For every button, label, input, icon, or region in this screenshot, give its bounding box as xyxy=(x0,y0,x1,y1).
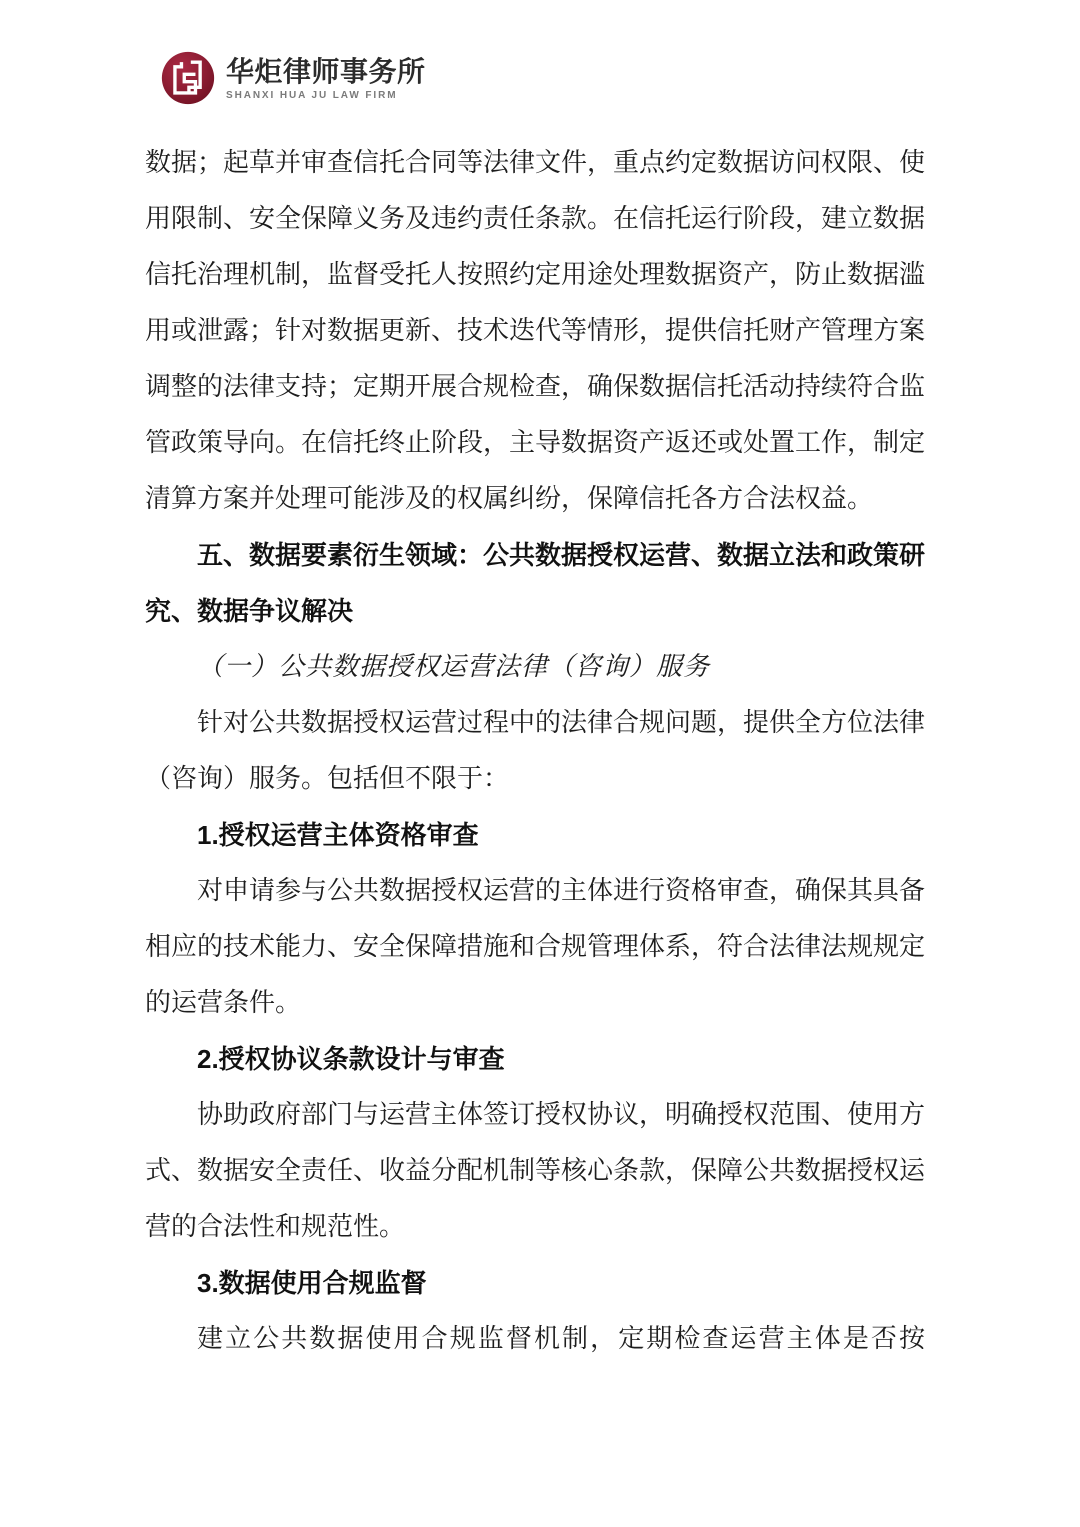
document-page: 华炬律师事务所 SHANXI HUA JU LAW FIRM 数据；起草并审查信… xyxy=(0,0,1080,1527)
body-paragraph: 协助政府部门与运营主体签订授权协议，明确授权范围、使用方式、数据安全责任、收益分… xyxy=(145,1087,925,1255)
item-heading-2: 2.授权协议条款设计与审查 xyxy=(145,1031,925,1087)
body-paragraph: 数据；起草并审查信托合同等法律文件，重点约定数据访问权限、使用限制、安全保障义务… xyxy=(145,135,925,527)
law-firm-logo: 华炬律师事务所 SHANXI HUA JU LAW FIRM xyxy=(160,50,426,106)
huaju-monogram-icon xyxy=(160,50,216,106)
item-heading-1: 1.授权运营主体资格审查 xyxy=(145,807,925,863)
section-heading: 五、数据要素衍生领域：公共数据授权运营、数据立法和政策研究、数据争议解决 xyxy=(145,527,925,639)
law-firm-name-cn: 华炬律师事务所 xyxy=(226,56,426,88)
item-heading-3: 3.数据使用合规监督 xyxy=(145,1255,925,1311)
body-paragraph: 针对公共数据授权运营过程中的法律合规问题，提供全方位法律（咨询）服务。包括但不限… xyxy=(145,695,925,807)
law-firm-names: 华炬律师事务所 SHANXI HUA JU LAW FIRM xyxy=(226,50,426,102)
law-firm-name-en: SHANXI HUA JU LAW FIRM xyxy=(226,90,426,102)
body-paragraph: 对申请参与公共数据授权运营的主体进行资格审查，确保其具备相应的技术能力、安全保障… xyxy=(145,863,925,1031)
body-paragraph-cutoff: 建立公共数据使用合规监督机制，定期检查运营主体是否按 xyxy=(145,1311,925,1367)
document-content: 数据；起草并审查信托合同等法律文件，重点约定数据访问权限、使用限制、安全保障义务… xyxy=(145,135,925,1367)
sub-heading: （一）公共数据授权运营法律（咨询）服务 xyxy=(145,639,925,695)
